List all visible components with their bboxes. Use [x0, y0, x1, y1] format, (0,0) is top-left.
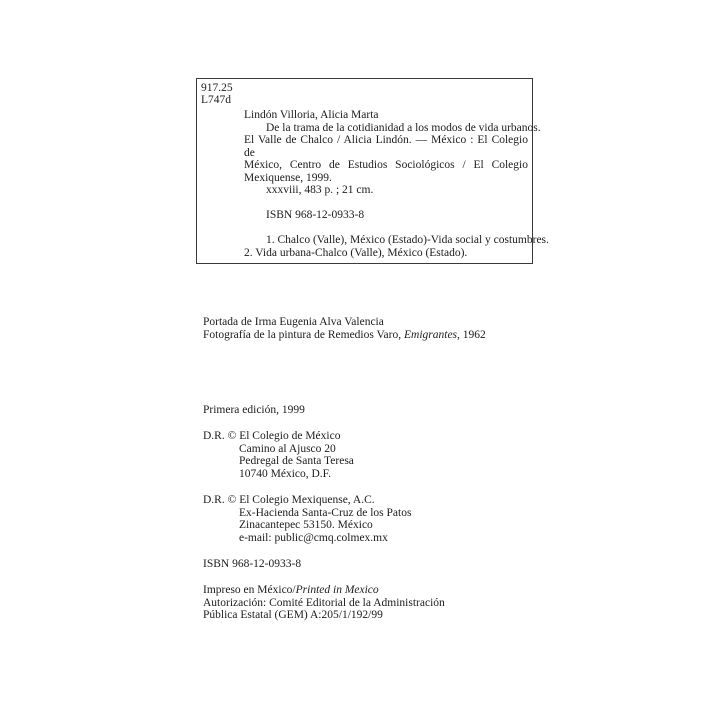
photo-credit-text: Fotografía de la pintura de Remedios Var… [203, 329, 404, 341]
call-number: 917.25 L747d [201, 82, 233, 106]
authorization-line: Pública Estatal (GEM) A:205/1/192/99 [203, 609, 445, 622]
rights-colmex: D.R. © El Colegio de México Camino al Aj… [203, 430, 354, 480]
catalog-description-line: El Valle de Chalco / Alicia Lindón. — Mé… [244, 134, 528, 159]
printed-in: Impreso en México/Printed in Mexico [203, 584, 445, 597]
cover-credits: Portada de Irma Eugenia Alva Valencia Fo… [203, 316, 486, 341]
catalog-card: 917.25 L747d Lindón Villoria, Alicia Mar… [196, 78, 533, 264]
rights-holder: D.R. © El Colegio Mexiquense, A.C. [203, 494, 411, 507]
email-address: e-mail: public@cmq.colmex.mx [203, 532, 411, 545]
printed-in-english: Printed in Mexico [296, 584, 379, 596]
cover-credit: Portada de Irma Eugenia Alva Valencia [203, 316, 486, 329]
catalog-physical-description: xxxviii, 483 p. ; 21 cm. [244, 184, 528, 197]
catalog-description-line: México, Centro de Estudios Sociológicos … [244, 159, 528, 172]
catalog-author: Lindón Villoria, Alicia Marta [244, 109, 528, 122]
isbn-statement: ISBN 968-12-0933-8 [203, 558, 301, 571]
address-line: Zinacantepec 53150. México [203, 519, 411, 532]
authorization-line: Autorización: Comité Editorial de la Adm… [203, 597, 445, 610]
rights-holder: D.R. © El Colegio de México [203, 430, 354, 443]
address-line: Ex-Hacienda Santa-Cruz de los Patos [203, 507, 411, 520]
isbn: ISBN 968-12-0933-8 [203, 558, 301, 571]
address-line: Pedregal de Santa Teresa [203, 455, 354, 468]
catalog-title: De la trama de la cotidianidad a los mod… [244, 122, 528, 135]
catalog-description-line: Mexiquense, 1999. [244, 172, 528, 185]
catalog-isbn: ISBN 968-12-0933-8 [244, 209, 528, 222]
edition: Primera edición, 1999 [203, 404, 305, 417]
photo-credit-year: , 1962 [457, 329, 486, 341]
photo-credit: Fotografía de la pintura de Remedios Var… [203, 329, 486, 342]
call-number-class: 917.25 [201, 82, 233, 94]
rights-cmq: D.R. © El Colegio Mexiquense, A.C. Ex-Ha… [203, 494, 411, 544]
address-line: 10740 México, D.F. [203, 468, 354, 481]
printing-info: Impreso en México/Printed in Mexico Auto… [203, 584, 445, 622]
edition-statement: Primera edición, 1999 [203, 404, 305, 417]
call-number-cutter: L747d [201, 94, 233, 106]
catalog-subject: 1. Chalco (Valle), México (Estado)-Vida … [244, 234, 528, 247]
printed-in-spanish: Impreso en México/ [203, 584, 296, 596]
catalog-entry: Lindón Villoria, Alicia Marta De la tram… [244, 109, 528, 259]
copyright-page: 917.25 L747d Lindón Villoria, Alicia Mar… [0, 0, 720, 720]
painting-title: Emigrantes [404, 329, 457, 341]
catalog-subject: 2. Vida urbana-Chalco (Valle), México (E… [244, 247, 528, 260]
address-line: Camino al Ajusco 20 [203, 443, 354, 456]
